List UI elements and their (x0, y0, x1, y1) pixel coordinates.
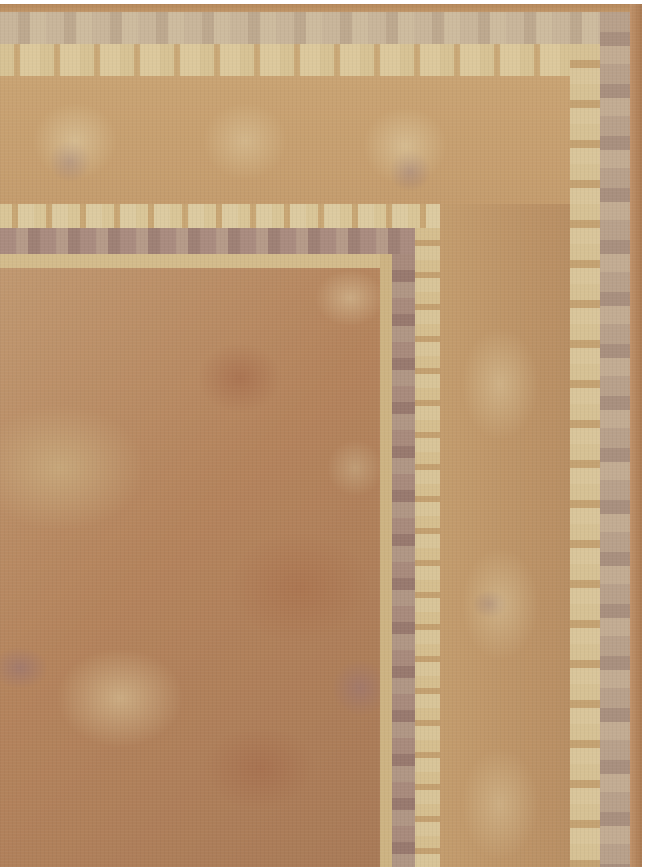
rug-right-edge (630, 4, 642, 867)
inner-line-top (0, 254, 395, 268)
outer-guard-border-top (0, 12, 630, 46)
rug-field (0, 268, 380, 867)
inner-cream-guard-right (415, 228, 443, 867)
rug-photo (0, 4, 642, 867)
cream-guard-border-top (0, 44, 600, 76)
cream-guard-border-right (570, 44, 602, 867)
inner-cream-guard-top (0, 204, 440, 228)
outer-guard-border-right (600, 12, 630, 867)
inner-lavender-guard-top (0, 228, 430, 254)
main-border-right (440, 204, 572, 867)
main-border-top (0, 76, 570, 206)
